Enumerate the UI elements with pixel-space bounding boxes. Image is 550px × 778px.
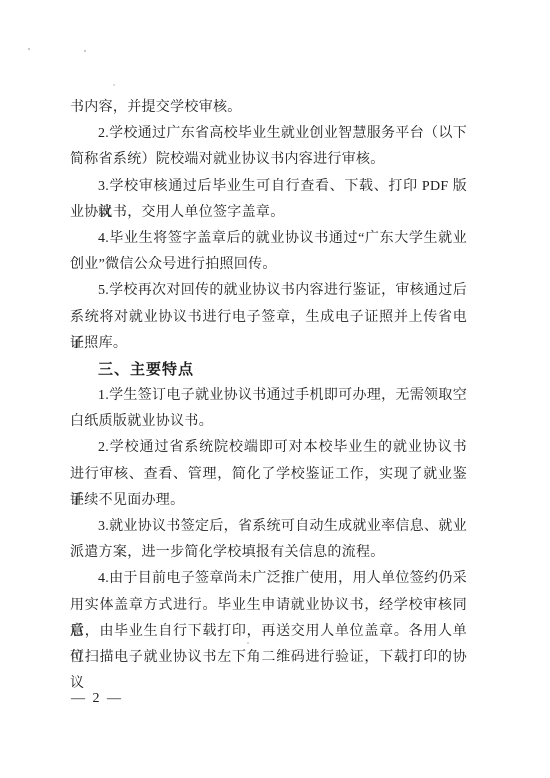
text-line: 业协议书，交用人单位签字盖章。 (70, 200, 467, 226)
text-line: 简称省系统）院校端对就业协议书内容进行审核。 (70, 147, 467, 173)
document-body: 书内容，并提交学校审核。 2.学校通过广东省高校毕业生就业创业智慧服务平台（以下… (70, 95, 467, 671)
scan-speck (28, 48, 30, 50)
text-line: 书内容，并提交学校审核。 (70, 95, 467, 121)
text-line: 2.学校通过广东省高校毕业生就业创业智慧服务平台（以下 (70, 121, 467, 147)
text-line: 1.学生签订电子就业协议书通过手机即可办理，无需领取空 (70, 383, 467, 409)
document-page: 书内容，并提交学校审核。 2.学校通过广东省高校毕业生就业创业智慧服务平台（以下… (0, 0, 550, 778)
text-line: 派遣方案，进一步简化学校填报有关信息的流程。 (70, 540, 467, 566)
page-number: — 2 — (71, 691, 123, 707)
text-line: 白纸质版就业协议书。 (70, 409, 467, 435)
text-line: 3.学校审核通过后毕业生可自行查看、下载、打印 PDF 版就 (70, 174, 467, 200)
text-line: 可扫描电子就业协议书左下角二维码进行验证，下载打印的协议 (70, 645, 467, 671)
text-line: 3.就业协议书签定后，省系统可自动生成就业率信息、就业 (70, 514, 467, 540)
text-line: 4.由于目前电子签章尚未广泛推广使用，用人单位签约仍采 (70, 566, 467, 592)
text-line: 2.学校通过省系统院校端即可对本校毕业生的就业协议书 (70, 435, 467, 461)
text-line: 4.毕业生将签字盖章后的就业协议书通过“广东大学生就业 (70, 226, 467, 252)
text-line: 创业”微信公众号进行拍照回传。 (70, 252, 467, 278)
text-line: 用实体盖章方式进行。毕业生申请就业协议书，经学校审核同意 (70, 593, 467, 619)
text-line: 证照库。 (70, 331, 467, 357)
scan-speck (84, 50, 86, 52)
scan-speck (113, 84, 115, 86)
text-line: 手续不见面办理。 (70, 488, 467, 514)
text-line: 5.学校再次对回传的就业协议书内容进行鉴证，审核通过后 (70, 278, 467, 304)
text-line: 后，由毕业生自行下载打印，再送交用人单位盖章。各用人单位 (70, 619, 467, 645)
text-line: 进行审核、查看、管理，简化了学校鉴证工作，实现了就业鉴证 (70, 462, 467, 488)
text-line: 系统将对就业协议书进行电子签章，生成电子证照并上传省电子 (70, 305, 467, 331)
section-heading: 三、主要特点 (70, 357, 467, 383)
